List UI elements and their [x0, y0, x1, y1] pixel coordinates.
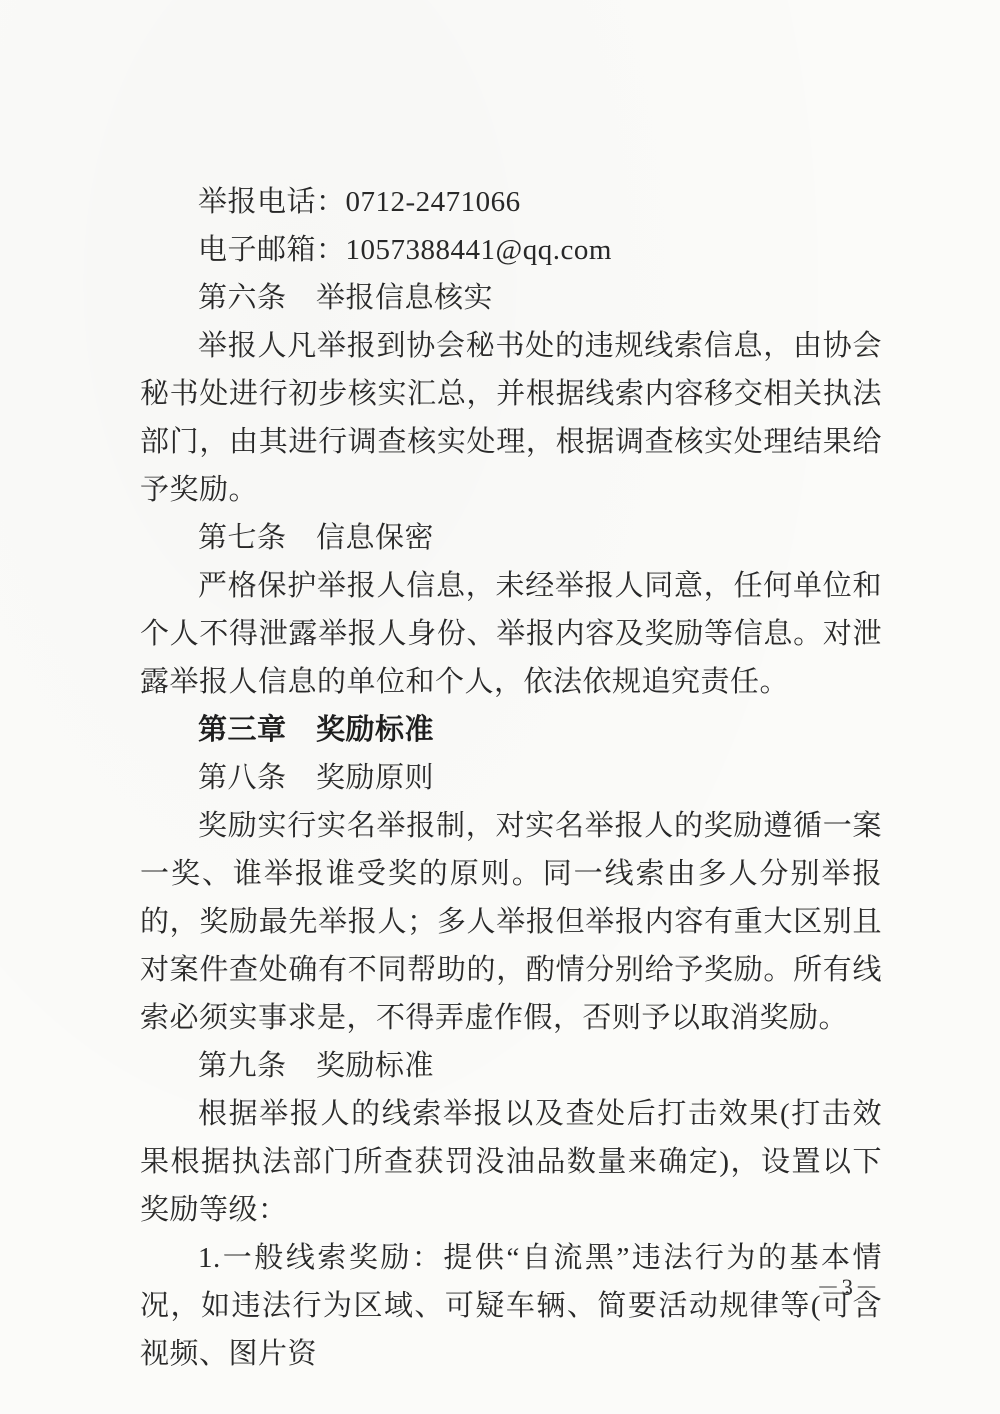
document-body: 举报电话：0712-2471066电子邮箱：1057388441@qq.com第… — [140, 178, 882, 1378]
article-8-heading: 第八条 奖励原则 — [140, 754, 882, 802]
page-number: －3－ — [817, 1269, 881, 1302]
document-page: 举报电话：0712-2471066电子邮箱：1057388441@qq.com第… — [0, 0, 1000, 1414]
article-7-body: 严格保护举报人信息，未经举报人同意，任何单位和个人不得泄露举报人身份、举报内容及… — [140, 562, 882, 706]
article-9-heading: 第九条 奖励标准 — [140, 1042, 882, 1090]
report-phone-line: 举报电话：0712-2471066 — [140, 178, 882, 226]
article-8-body: 奖励实行实名举报制，对实名举报人的奖励遵循一案一奖、谁举报谁受奖的原则。同一线索… — [140, 802, 882, 1042]
reward-level-1-para: 1.一般线索奖励：提供“自流黑”违法行为的基本情况，如违法行为区域、可疑车辆、简… — [140, 1234, 882, 1378]
article-6-body: 举报人凡举报到协会秘书处的违规线索信息，由协会秘书处进行初步核实汇总，并根据线索… — [140, 322, 882, 514]
chapter-3-heading: 第三章 奖励标准 — [140, 706, 882, 754]
report-email-line: 电子邮箱：1057388441@qq.com — [140, 226, 882, 274]
article-9-body: 根据举报人的线索举报以及查处后打击效果(打击效果根据执法部门所查获罚没油品数量来… — [140, 1090, 882, 1234]
article-7-heading: 第七条 信息保密 — [140, 514, 882, 562]
article-6-heading: 第六条 举报信息核实 — [140, 274, 882, 322]
